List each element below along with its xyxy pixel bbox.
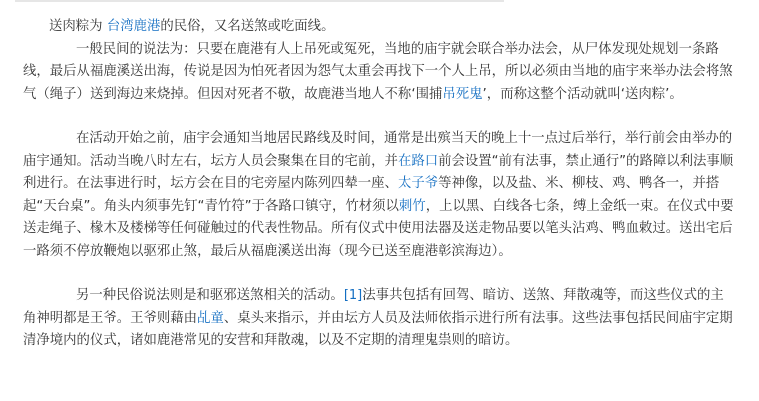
link-prince-deity[interactable]: 太子爷 <box>398 176 438 191</box>
link-thorny-bamboo[interactable]: 刺竹 <box>399 199 426 214</box>
p1-text-2: ’，而称这整个活动就叫‘送肉粽’。 <box>483 87 683 102</box>
paragraph-activity: 在活动开始之前，庙宇会通知当地居民路线及时间，通常是出殡当天的晚上十一点过后举行… <box>23 128 735 263</box>
intro-paragraph: 送肉粽为 台湾鹿港的民俗，又名送煞或吃面线。 <box>23 16 735 39</box>
paragraph-gap <box>23 263 735 285</box>
link-spirit-medium[interactable]: 乩童 <box>197 311 224 326</box>
citation-1[interactable]: [1] <box>344 288 362 303</box>
intro-text-before: 送肉粽为 <box>49 19 107 34</box>
link-taiwan-lukang[interactable]: 台湾鹿港 <box>107 19 161 34</box>
paragraph-general-belief: 一般民间的说法为：只要在鹿港有人上吊死或冤死，当地的庙宇就会联合举办法会，从尸体… <box>23 39 735 107</box>
p3-text-1: 另一种民俗说法则是和驱邪送煞相关的活动。 <box>76 288 344 303</box>
link-hanged-ghost[interactable]: 吊死鬼 <box>442 87 482 102</box>
article-body: 送肉粽为 台湾鹿港的民俗，又名送煞或吃面线。 一般民间的说法为：只要在鹿港有人上… <box>23 16 735 353</box>
link-at-intersection[interactable]: 在路口 <box>398 154 438 169</box>
paragraph-other-belief: 另一种民俗说法则是和驱邪送煞相关的活动。[1]法事共包括有回驾、暗访、送煞、拜散… <box>23 285 735 353</box>
top-divider-bar <box>15 0 504 2</box>
paragraph-gap <box>23 106 735 128</box>
intro-text-after: 的民俗，又名送煞或吃面线。 <box>160 19 334 34</box>
